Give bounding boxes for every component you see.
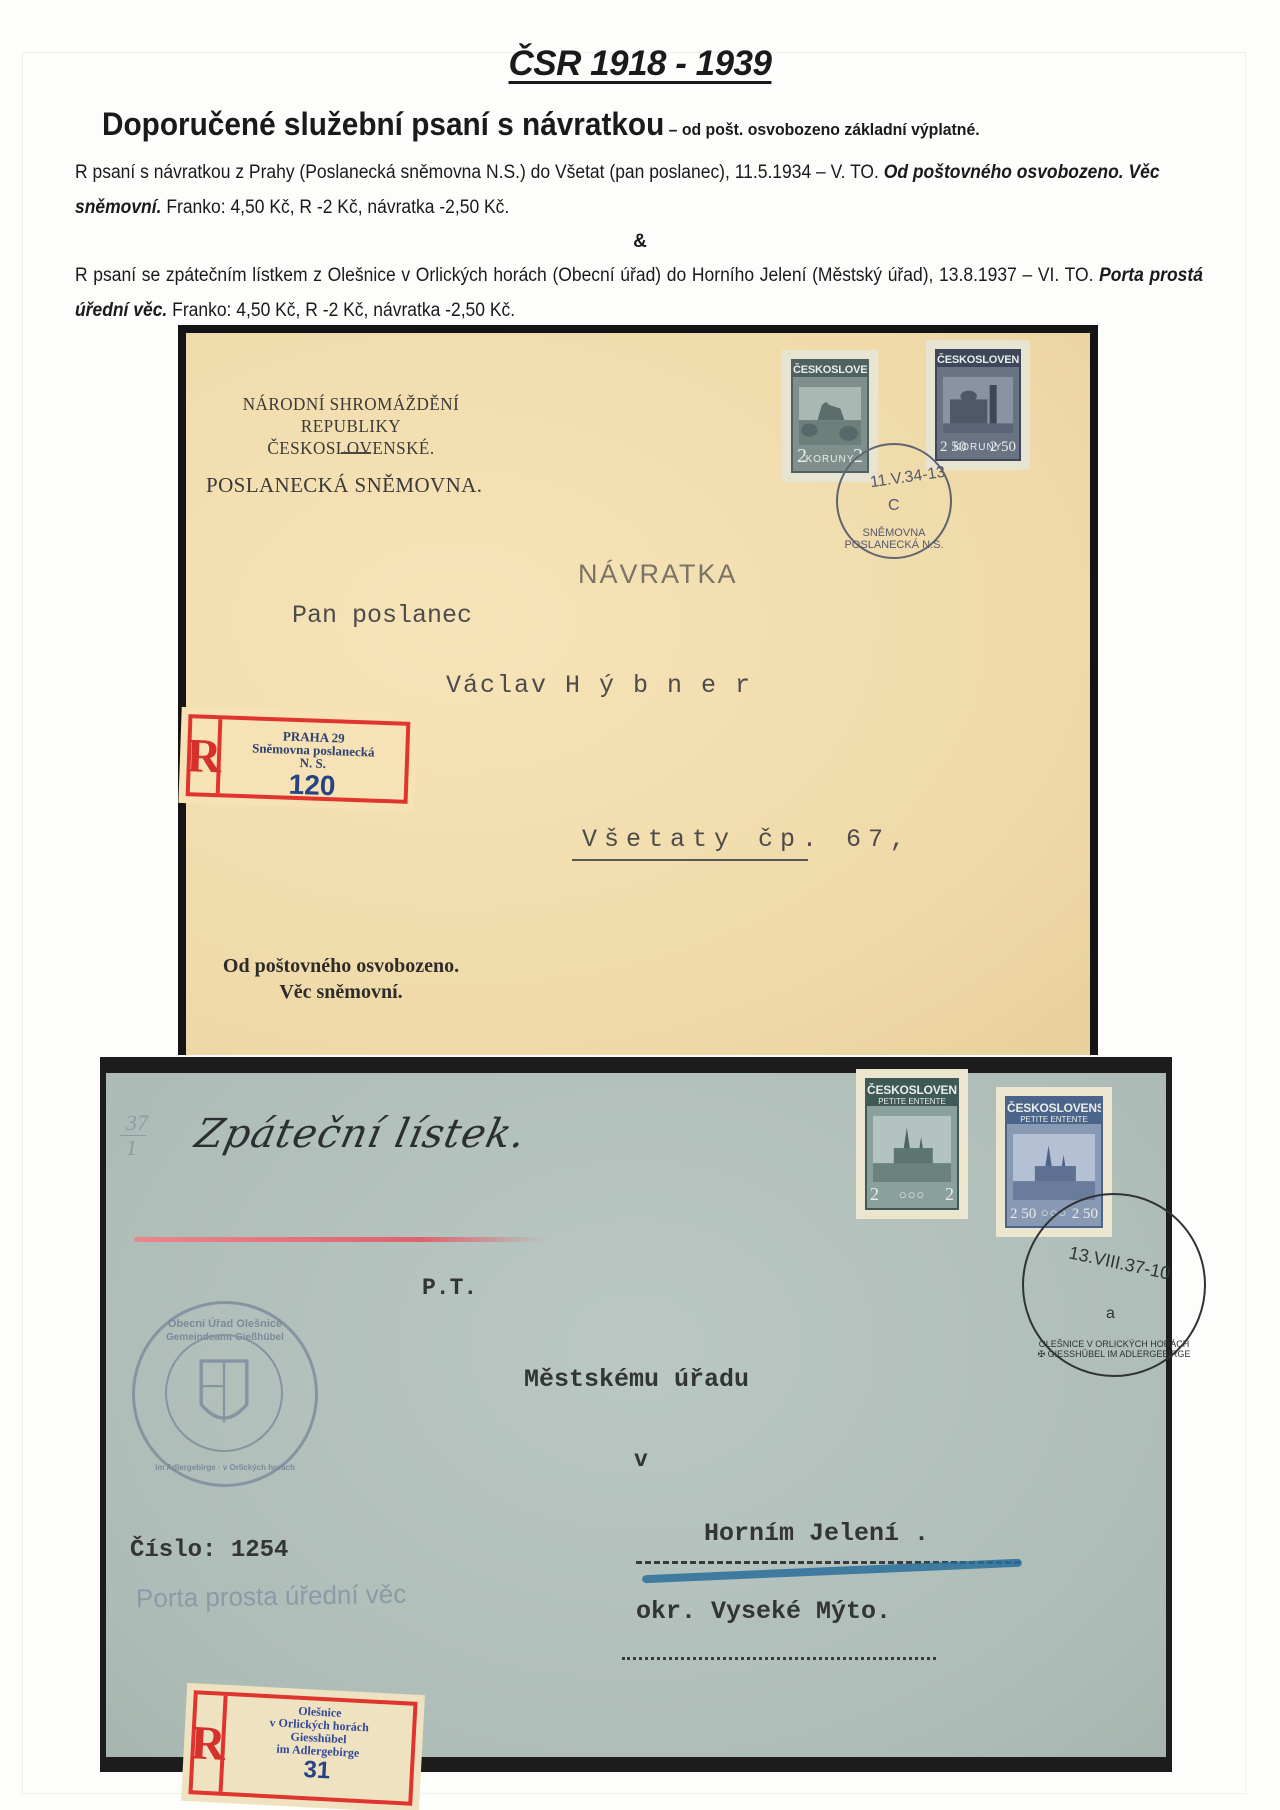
header-rule — [341, 452, 371, 454]
cover-2-envelope: 37 1 Zpáteční lístek. P.T. Městskému úřa… — [106, 1073, 1166, 1757]
official-matter-handstamp: Porta prosta úřední věc — [136, 1579, 407, 1615]
postmark-letter: C — [888, 497, 900, 515]
district-dotted-underline — [622, 1657, 936, 1660]
stamp-subtitle: PETITE ENTENTE — [867, 1097, 957, 1106]
addressee-town: Horním Jelení . — [704, 1519, 929, 1548]
prague-castle-illustration-icon — [1013, 1134, 1095, 1200]
recipient-name: Václav H ý b n e r — [446, 671, 752, 700]
handwritten-return-receipt: Zpáteční lístek. — [191, 1111, 530, 1157]
addressee: Městskému úřadu — [524, 1365, 749, 1394]
municipal-seal: Obecní Úřad Olešnice Gemeindeamt Gießhüb… — [132, 1301, 318, 1487]
postmark-praha: 11.V.34-13 C SNĚMOVNA POSLANECKÁ N.S. — [836, 443, 952, 559]
seal-bottom-text: im Adlergebirge · v Orlických horách — [135, 1463, 315, 1472]
exempt-line2: Věc sněmovní. — [186, 979, 496, 1005]
stamp-value-right: 2 — [945, 1184, 954, 1205]
r-label-number: 120 — [220, 766, 405, 804]
sender-header-line1: NÁRODNÍ SHROMÁŽDĚNÍ REPUBLIKY — [194, 393, 508, 437]
stamp-country: ČESKOSLOVENSKO — [937, 351, 1019, 367]
desc1-text: R psaní s návratkou z Prahy (Poslanecká … — [75, 162, 884, 183]
castle-illustration-icon — [799, 387, 861, 445]
pencil-note-top: 37 — [126, 1111, 148, 1135]
olympic-rings-icon: ○○○ — [867, 1187, 957, 1202]
postmark-olesnice: 13.VIII.37-10 a OLEŠNICE V ORLICKÝCH HOR… — [1022, 1193, 1206, 1377]
coat-of-arms-icon — [165, 1334, 283, 1452]
desc2-text: R psaní se zpátečním lístkem z Olešnice … — [75, 265, 1099, 286]
description-cover-2: R psaní se zpátečním lístkem z Olešnice … — [75, 258, 1203, 328]
page-title: ČSR 1918 - 1939 — [0, 44, 1280, 84]
address-underline — [572, 859, 808, 861]
museum-illustration-icon — [943, 377, 1013, 433]
postmark-date: 11.V.34-13 — [869, 464, 946, 492]
stamp-country: ČESKOSLOVENSKO — [793, 361, 867, 377]
postage-stamp-2-kc-petite-entente: ČESKOSLOVENSKO PETITE ENTENTE 2 ○○○ 2 — [856, 1069, 968, 1219]
navratka-handstamp: NÁVRATKA — [578, 559, 738, 590]
cover-1-envelope: NÁRODNÍ SHROMÁŽDĚNÍ REPUBLIKY ČESKOSLOVE… — [186, 333, 1090, 1055]
postmark-ring-text: SNĚMOVNA POSLANECKÁ N.S. — [842, 527, 946, 551]
registration-r-mark: R — [190, 718, 223, 793]
subtitle-note: – od pošt. osvobozeno základní výplatné. — [664, 120, 979, 139]
stamp-country: ČESKOSLOVENSKO — [867, 1080, 957, 1098]
postmark-date: 13.VIII.37-10 — [1067, 1243, 1172, 1285]
addressee-preposition: v — [634, 1447, 648, 1473]
desc1-franking: Franko: 4,50 Kč, R -2 Kč, návratka -2,50… — [161, 197, 509, 218]
postage-exempt-imprint: Od poštovného osvobozeno. Věc sněmovní. — [186, 953, 496, 1005]
page-subtitle: Doporučené služební psaní s návratkou – … — [102, 106, 980, 143]
stamp-country: ČESKOSLOVENSKO — [1007, 1098, 1101, 1116]
sender-header: NÁRODNÍ SHROMÁŽDĚNÍ REPUBLIKY ČESKOSLOVE… — [194, 393, 508, 459]
registration-label-praha: R PRAHA 29 Sněmovna poslanecká N. S. 120 — [178, 707, 417, 811]
postage-stamp-2-50-korun: ČESKOSLOVENSKO 2 50 KORUNY 2 50 — [926, 340, 1030, 470]
prague-castle-illustration-icon — [873, 1116, 951, 1182]
pencil-note-bottom: 1 — [126, 1136, 148, 1160]
exempt-line1: Od poštovného osvobozeno. — [186, 953, 496, 979]
postmark-letter: a — [1106, 1305, 1115, 1323]
postmark-ring-text: OLEŠNICE V ORLICKÝCH HORÁCH ✠ GIESSHÜBEL… — [1034, 1339, 1194, 1360]
stamp-value-right: 2 50 — [990, 439, 1016, 456]
stamp-subtitle: PETITE ENTENTE — [1007, 1115, 1101, 1124]
sender-chamber: POSLANECKÁ SNĚMOVNA. — [206, 473, 482, 498]
recipient-title: Pan poslanec — [292, 601, 472, 630]
pencil-annotation: 37 1 — [126, 1111, 148, 1160]
recipient-address: Všetaty čp. 67, — [582, 825, 912, 854]
addressee-district: okr. Vyseké Mýto. — [636, 1597, 891, 1626]
seal-outer-text: Obecní Úřad Olešnice — [135, 1318, 315, 1330]
sender-header-line2: ČESKOSLOVENSKÉ. — [194, 437, 508, 459]
description-cover-1: R psaní s návratkou z Prahy (Poslanecká … — [75, 155, 1203, 225]
addressee-prefix: P.T. — [422, 1275, 477, 1301]
desc2-franking: Franko: 4,50 Kč, R -2 Kč, návratka -2,50… — [167, 300, 515, 321]
registration-label-olesnice: R Olešnice v Orlických horách Giesshübel… — [181, 1683, 425, 1810]
reference-number: Číslo: 1254 — [130, 1537, 288, 1564]
ampersand-separator: & — [0, 231, 1280, 253]
red-crayon-line — [134, 1237, 544, 1242]
subtitle-main: Doporučené služební psaní s návratkou — [102, 106, 664, 142]
